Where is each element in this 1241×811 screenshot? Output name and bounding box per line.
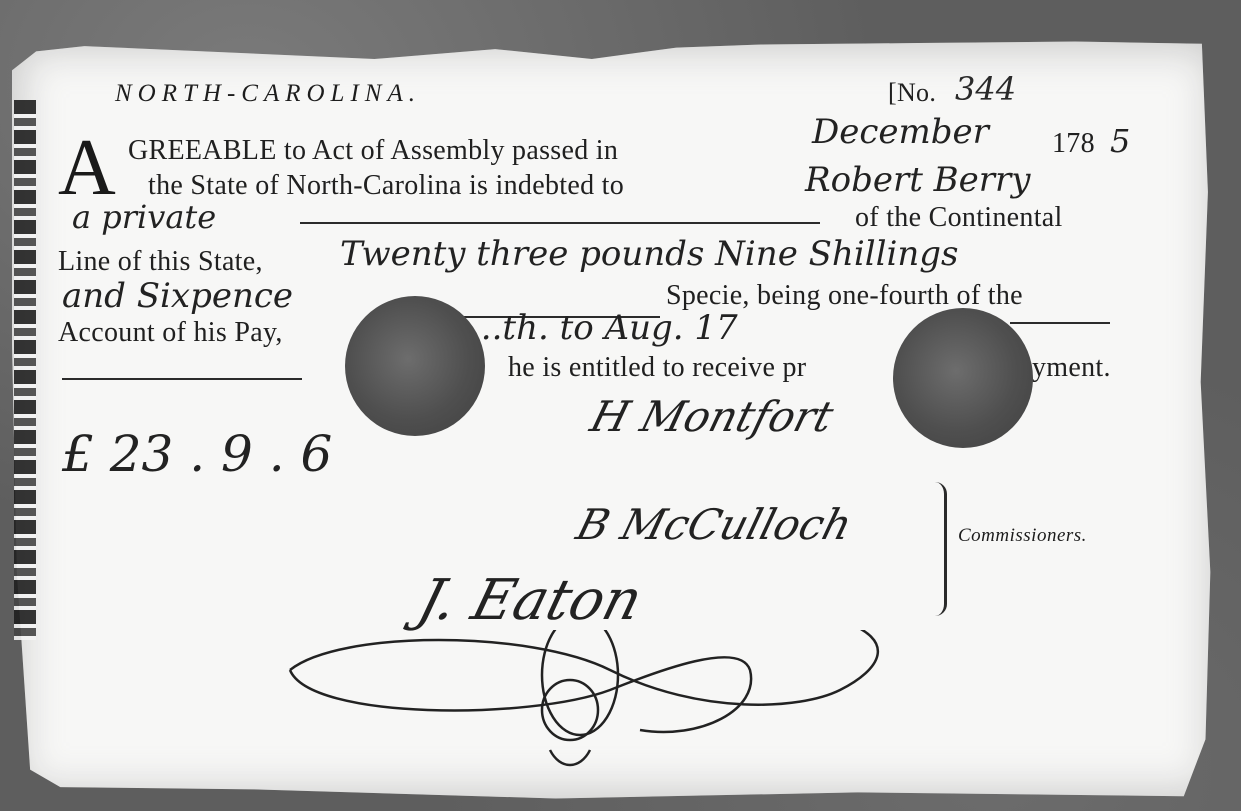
- fill-line-blank: [62, 378, 302, 380]
- printed-line-3: of the Continental: [855, 202, 1063, 234]
- printed-line-7-end: yment.: [1032, 352, 1111, 384]
- signature-flourish: [280, 630, 910, 780]
- printed-line-1: GREEABLE to Act of Assembly passed in: [128, 135, 618, 167]
- printed-line-6: Account of his Pay,: [58, 317, 283, 349]
- handwritten-rank: a private: [72, 198, 216, 236]
- printed-line-4: Line of this State,: [58, 246, 263, 278]
- decorative-border: [14, 100, 36, 640]
- drop-cap: A: [58, 128, 116, 208]
- handwritten-amount-words-2: and Sixpence: [62, 276, 293, 316]
- signature-2: B McCulloch: [571, 500, 857, 549]
- printed-year: 178: [1052, 128, 1095, 160]
- signature-3: J. Eaton: [411, 568, 649, 633]
- certificate-number-value: 344: [955, 70, 1016, 108]
- punch-hole-right: [893, 308, 1033, 448]
- fill-line-rank: [300, 222, 820, 224]
- signature-1: H Montfort: [585, 392, 838, 441]
- state-heading: NORTH-CAROLINA.: [115, 80, 421, 108]
- handwritten-month: December: [812, 112, 989, 152]
- handwritten-year-digit: 5: [1110, 122, 1130, 160]
- fill-line-period: [1010, 322, 1110, 324]
- certificate-number-label: [No.: [888, 78, 936, 108]
- commissioners-brace: [930, 482, 947, 616]
- handwritten-period: ...th. to Aug. 17: [470, 308, 738, 348]
- handwritten-amount-figures: £ 23 . 9 . 6: [62, 425, 332, 483]
- printed-line-2: the State of North-Carolina is indebted …: [148, 170, 624, 202]
- punch-hole-left: [345, 296, 485, 436]
- commissioners-label: Commissioners.: [958, 525, 1087, 547]
- handwritten-payee: Robert Berry: [805, 160, 1031, 200]
- handwritten-amount-words-1: Twenty three pounds Nine Shillings: [340, 234, 958, 274]
- printed-line-7: he is entitled to receive pr: [508, 352, 806, 384]
